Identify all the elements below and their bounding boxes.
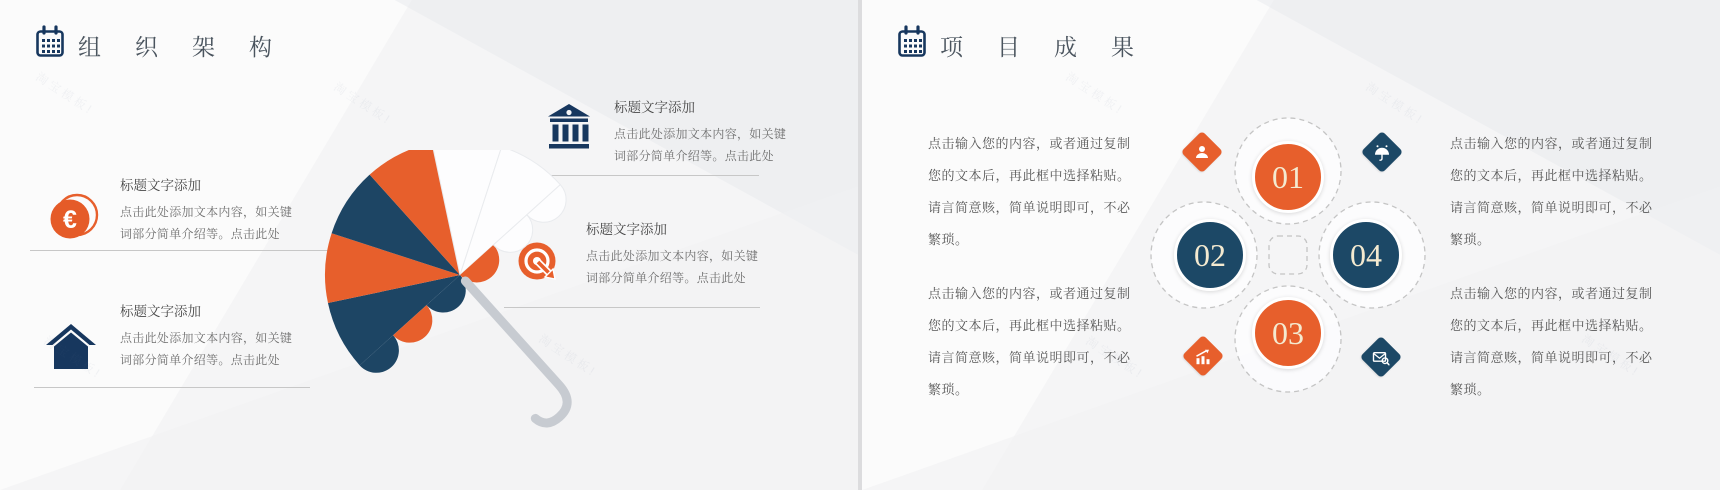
template-preview-canvas: 组织架构 € 标题文字添加 点击此处添加文本内容，如关键 词部分简单介绍等。点击… xyxy=(0,0,1720,490)
bank-building-icon xyxy=(546,103,592,153)
paragraph-left-top: 点击输入您的内容，或者通过复制 您的文本后，再此框中选择粘贴。 请言简意赅，简单… xyxy=(928,128,1131,256)
page-title: 组织架构 xyxy=(78,29,306,62)
umbrella-graphic xyxy=(265,150,645,460)
paragraph-line: 点击输入您的内容，或者通过复制 xyxy=(1450,278,1653,310)
paragraph-left-bottom: 点击输入您的内容，或者通过复制 您的文本后，再此框中选择粘贴。 请言简意赅，简单… xyxy=(928,278,1131,406)
umbrella-rain-icon xyxy=(1374,144,1391,161)
paragraph-line: 繁琐。 xyxy=(928,224,1131,256)
bar-chart-arrow-icon xyxy=(1195,348,1212,365)
paragraph-line: 点击输入您的内容，或者通过复制 xyxy=(928,128,1131,160)
paragraph-line: 您的文本后，再此框中选择粘贴。 xyxy=(928,310,1131,342)
step-circle-01: 01 xyxy=(1252,141,1324,213)
calendar-icon xyxy=(898,25,926,59)
paragraph-line: 您的文本后，再此框中选择粘贴。 xyxy=(1450,160,1653,192)
paragraph-line: 请言简意赅，简单说明即可，不必 xyxy=(1450,342,1653,374)
paragraph-line: 点击输入您的内容，或者通过复制 xyxy=(1450,128,1653,160)
step-circle-03: 03 xyxy=(1252,297,1324,369)
block-title: 标题文字添加 xyxy=(614,96,786,116)
mail-search-icon xyxy=(1373,349,1390,366)
paragraph-right-top: 点击输入您的内容，或者通过复制 您的文本后，再此框中选择粘贴。 请言简意赅，简单… xyxy=(1450,128,1653,256)
step-circle-02: 02 xyxy=(1174,219,1246,291)
step-circle-04: 04 xyxy=(1330,219,1402,291)
paragraph-line: 您的文本后，再此框中选择粘贴。 xyxy=(928,160,1131,192)
house-icon xyxy=(44,322,98,374)
person-icon xyxy=(1194,144,1210,160)
page-title: 项目成果 xyxy=(940,29,1168,62)
paragraph-line: 繁琐。 xyxy=(1450,224,1653,256)
paragraph-line: 请言简意赅，简单说明即可，不必 xyxy=(928,342,1131,374)
paragraph-line: 请言简意赅，简单说明即可，不必 xyxy=(928,192,1131,224)
svg-text:€: € xyxy=(63,206,77,234)
slide-organization-structure[interactable]: 组织架构 € 标题文字添加 点击此处添加文本内容，如关键 词部分简单介绍等。点击… xyxy=(0,0,858,490)
paragraph-line: 您的文本后，再此框中选择粘贴。 xyxy=(1450,310,1653,342)
paragraph-line: 请言简意赅，简单说明即可，不必 xyxy=(1450,192,1653,224)
calendar-icon xyxy=(36,25,64,59)
paragraph-line: 点击输入您的内容，或者通过复制 xyxy=(928,278,1131,310)
paragraph-line: 繁琐。 xyxy=(928,374,1131,406)
paragraph-line: 繁琐。 xyxy=(1450,374,1653,406)
slide-project-results[interactable]: 项目成果 点击输入您的内容，或者通过复制 您的文本后，再此框中选择粘贴。 请言简… xyxy=(862,0,1720,490)
block-line: 点击此处添加文本内容，如关键 xyxy=(614,123,786,145)
paragraph-right-bottom: 点击输入您的内容，或者通过复制 您的文本后，再此框中选择粘贴。 请言简意赅，简单… xyxy=(1450,278,1653,406)
euro-coin-icon: € xyxy=(48,193,100,243)
